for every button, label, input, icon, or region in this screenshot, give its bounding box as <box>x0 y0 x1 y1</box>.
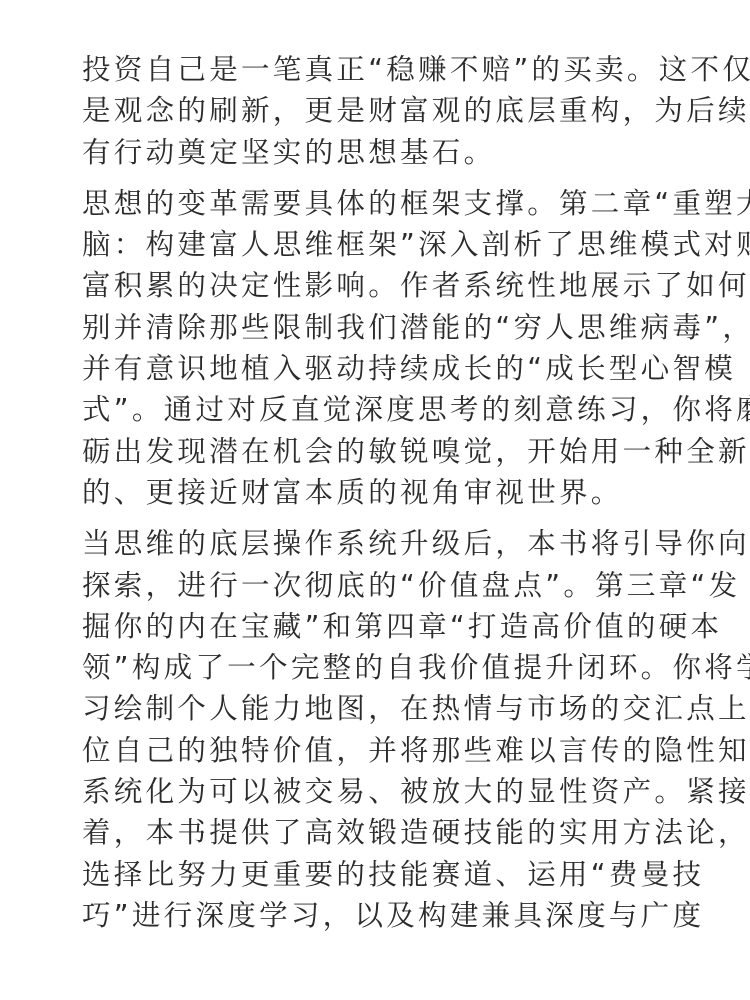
paragraph-3: 当思维的底层操作系统升级后，本书将引导你向内 探索，进行一次彻底的“价值盘点”。… <box>82 523 682 936</box>
text-line: 着，本书提供了高效锻造硬技能的实用方法论，如 <box>82 812 682 853</box>
text-line: 巧”进行深度学习，以及构建兼具深度与广度 <box>82 895 682 936</box>
text-line: 领”构成了一个完整的自我价值提升闭环。你将学 <box>82 647 682 688</box>
text-line: 的、更接近财富本质的视角审视世界。 <box>82 472 682 513</box>
text-line: 并有意识地植入驱动持续成长的“成长型心智模 <box>82 348 682 389</box>
text-line: 式”。通过对反直觉深度思考的刻意练习，你将磨 <box>82 389 682 430</box>
paragraph-1: 投资自己是一笔真正“稳赚不赔”的买卖。这不仅 是观念的刷新，更是财富观的底层重构… <box>82 49 682 173</box>
text-line: 选择比努力更重要的技能赛道、运用“费曼技 <box>82 854 682 895</box>
text-line: 位自己的独特价值，并将那些难以言传的隐性知识 <box>82 730 682 771</box>
text-line: 脑：构建富人思维框架”深入剖析了思维模式对财 <box>82 224 682 265</box>
text-line: 当思维的底层操作系统升级后，本书将引导你向内 <box>82 523 682 564</box>
text-line: 投资自己是一笔真正“稳赚不赔”的买卖。这不仅 <box>82 49 682 90</box>
text-line: 系统化为可以被交易、被放大的显性资产。紧接 <box>82 771 682 812</box>
text-line: 掘你的内在宝藏”和第四章“打造高价值的硬本 <box>82 606 682 647</box>
text-line: 是观念的刷新，更是财富观的底层重构，为后续所 <box>82 90 682 131</box>
document-body: 投资自己是一笔真正“稳赚不赔”的买卖。这不仅 是观念的刷新，更是财富观的底层重构… <box>82 49 682 946</box>
text-line: 习绘制个人能力地图，在热情与市场的交汇点上定 <box>82 688 682 729</box>
text-line: 有行动奠定坚实的思想基石。 <box>82 132 682 173</box>
text-line: 思想的变革需要具体的框架支撑。第二章“重塑大 <box>82 183 682 224</box>
paragraph-2: 思想的变革需要具体的框架支撑。第二章“重塑大 脑：构建富人思维框架”深入剖析了思… <box>82 183 682 513</box>
text-line: 探索，进行一次彻底的“价值盘点”。第三章“发 <box>82 565 682 606</box>
text-line: 别并清除那些限制我们潜能的“穷人思维病毒”， <box>82 307 682 348</box>
text-line: 砺出发现潜在机会的敏锐嗅觉，开始用一种全新 <box>82 431 682 472</box>
text-line: 富积累的决定性影响。作者系统性地展示了如何识 <box>82 265 682 306</box>
